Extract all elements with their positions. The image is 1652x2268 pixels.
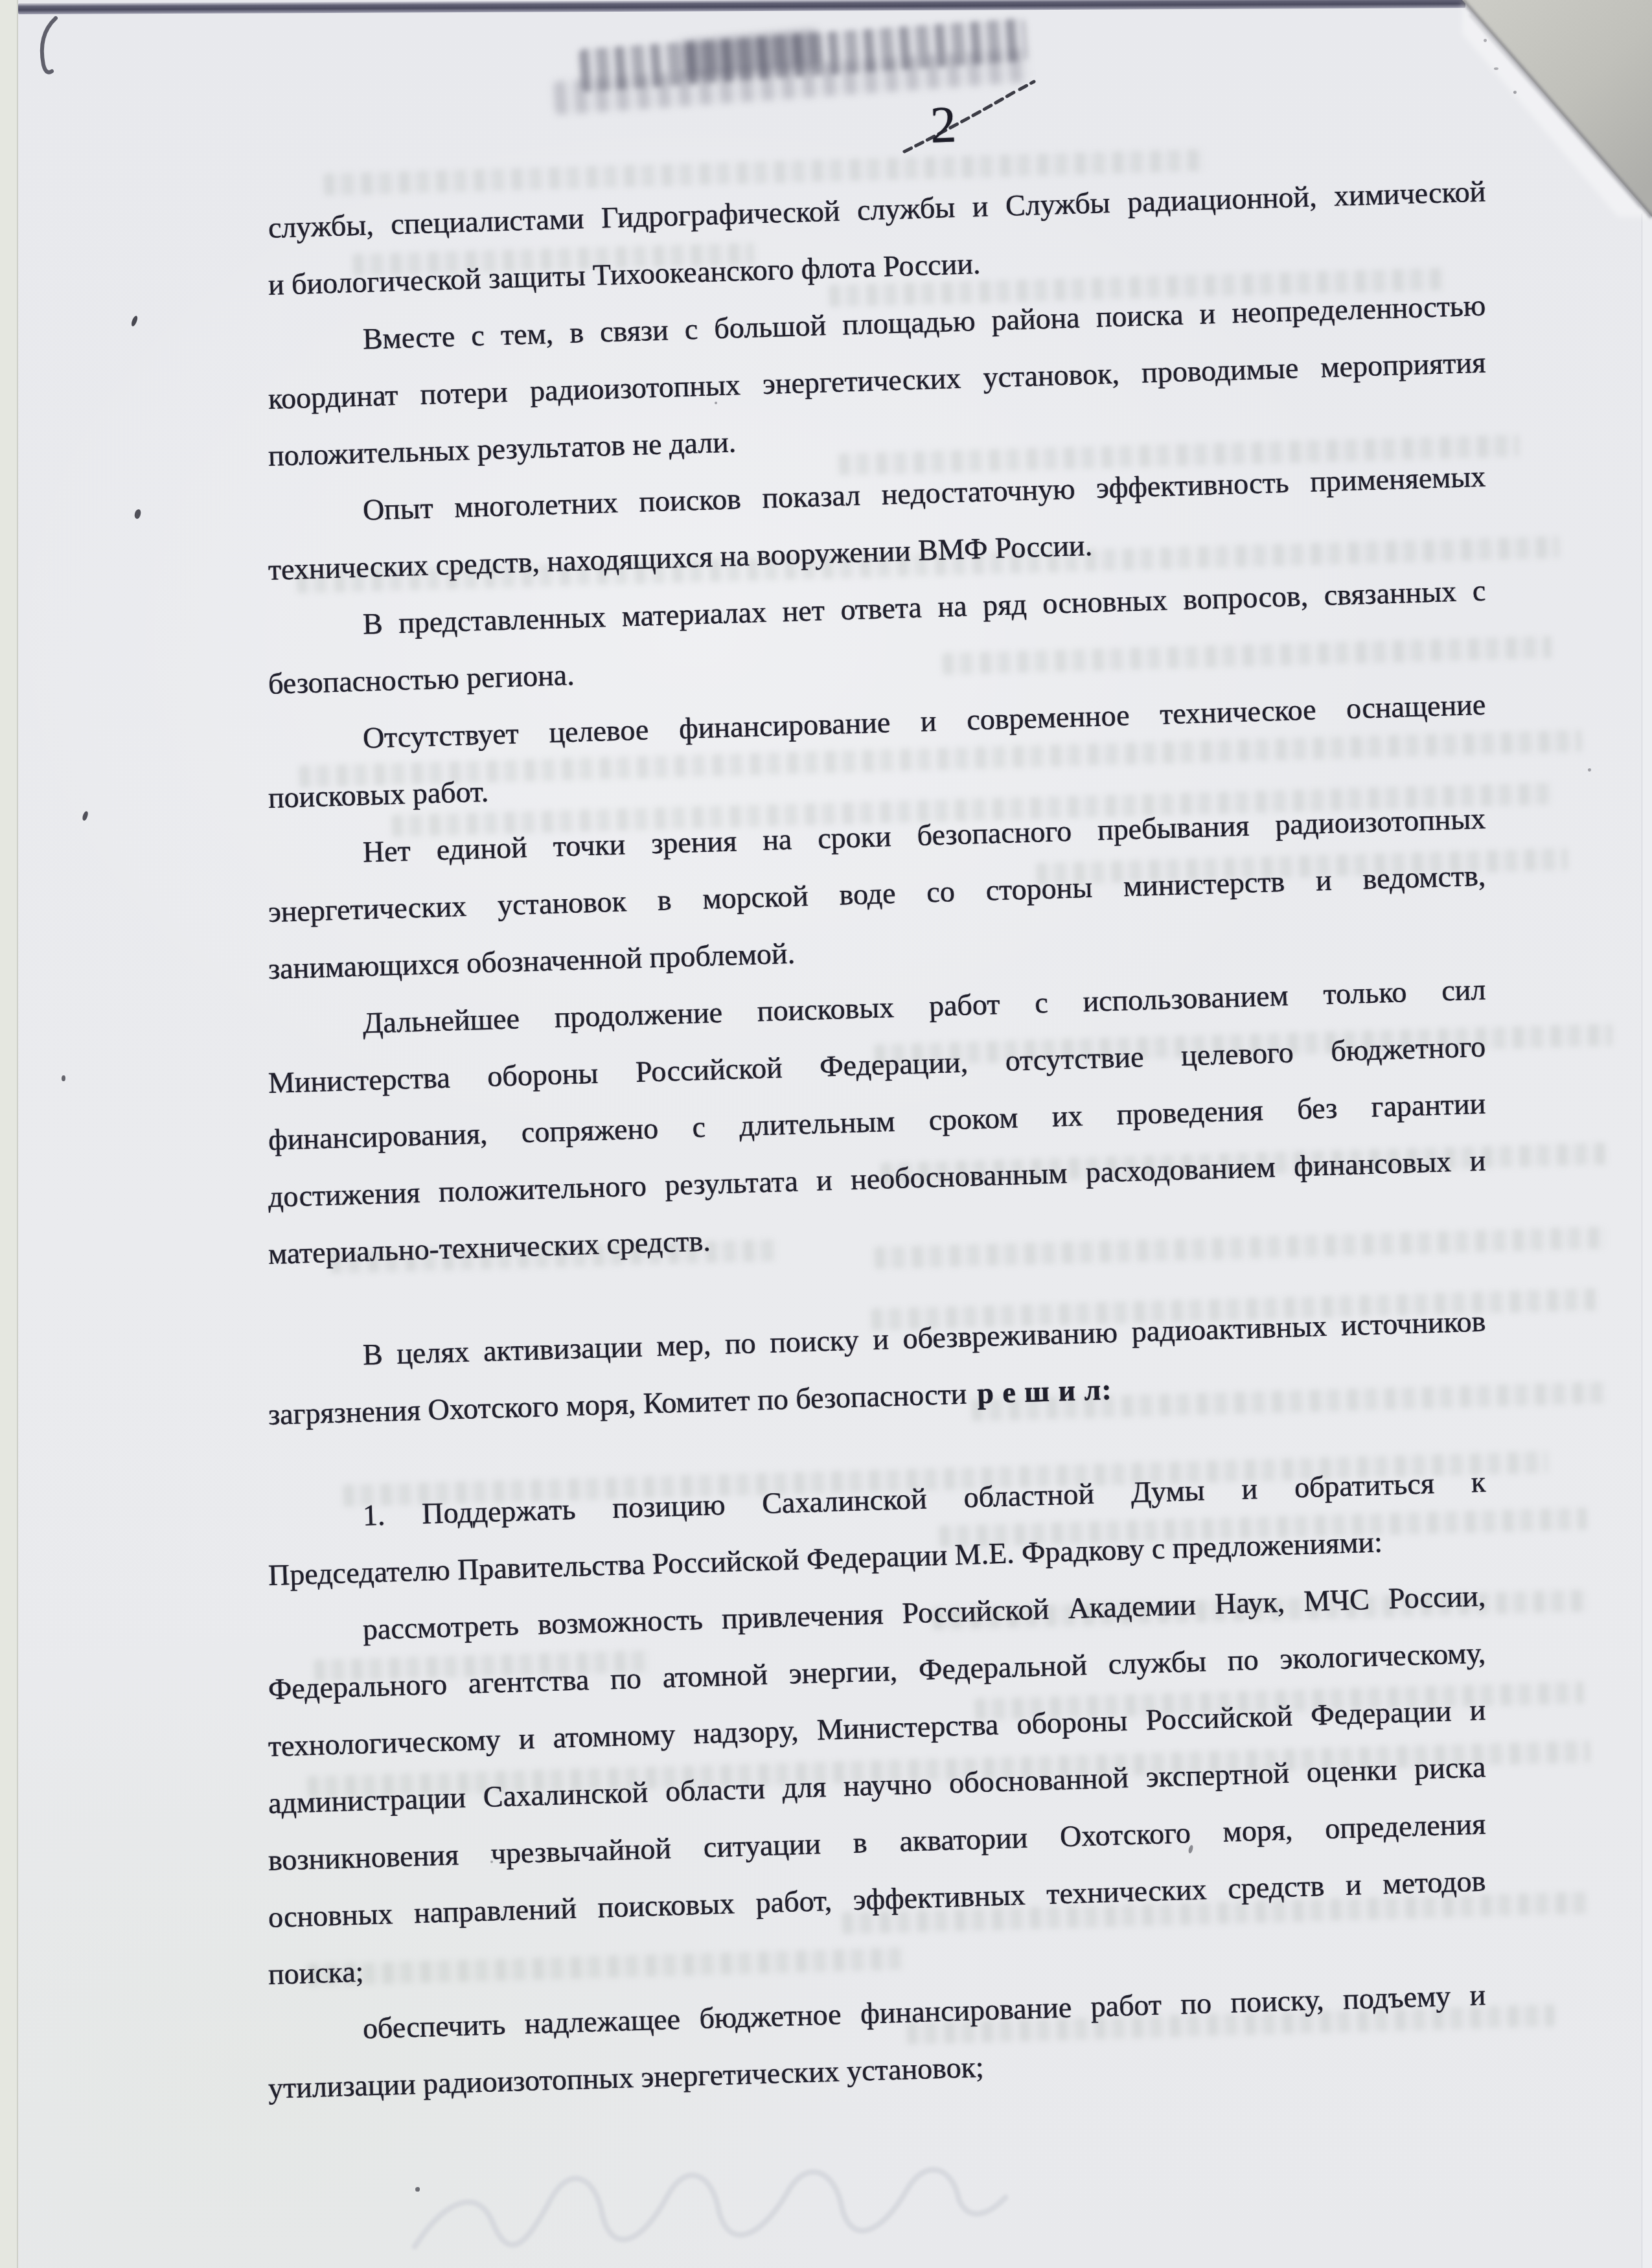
dust-speck — [82, 810, 89, 821]
folded-corner-icon — [1462, 0, 1652, 217]
dust-speck — [415, 2187, 420, 2192]
dust-speck — [130, 315, 138, 326]
page-number-block: 2 — [912, 89, 1048, 164]
resolution-keyword: р е ш и л: — [976, 1373, 1112, 1410]
page-number: 2 — [929, 89, 958, 161]
ink-smudge — [679, 30, 821, 80]
dust-speck — [62, 1075, 65, 1081]
ink-smudge — [579, 18, 1028, 92]
scan-top-edge — [18, 0, 1465, 14]
dust-speck — [1494, 67, 1498, 70]
corner-scan-mark — [42, 18, 56, 73]
signature-ghost — [415, 2170, 1005, 2247]
scan-right-edge-crease — [1642, 214, 1652, 2268]
dust-speck — [134, 509, 142, 520]
scan-left-edge — [0, 0, 18, 2268]
dust-speck — [1484, 39, 1487, 42]
scanned-page: 2 службы, специалистами Гидрографической… — [0, 0, 1652, 2268]
dust-speck — [1513, 91, 1517, 94]
dust-speck — [1588, 768, 1591, 772]
document-text: службы, специалистами Гидрографической с… — [268, 200, 1486, 2117]
